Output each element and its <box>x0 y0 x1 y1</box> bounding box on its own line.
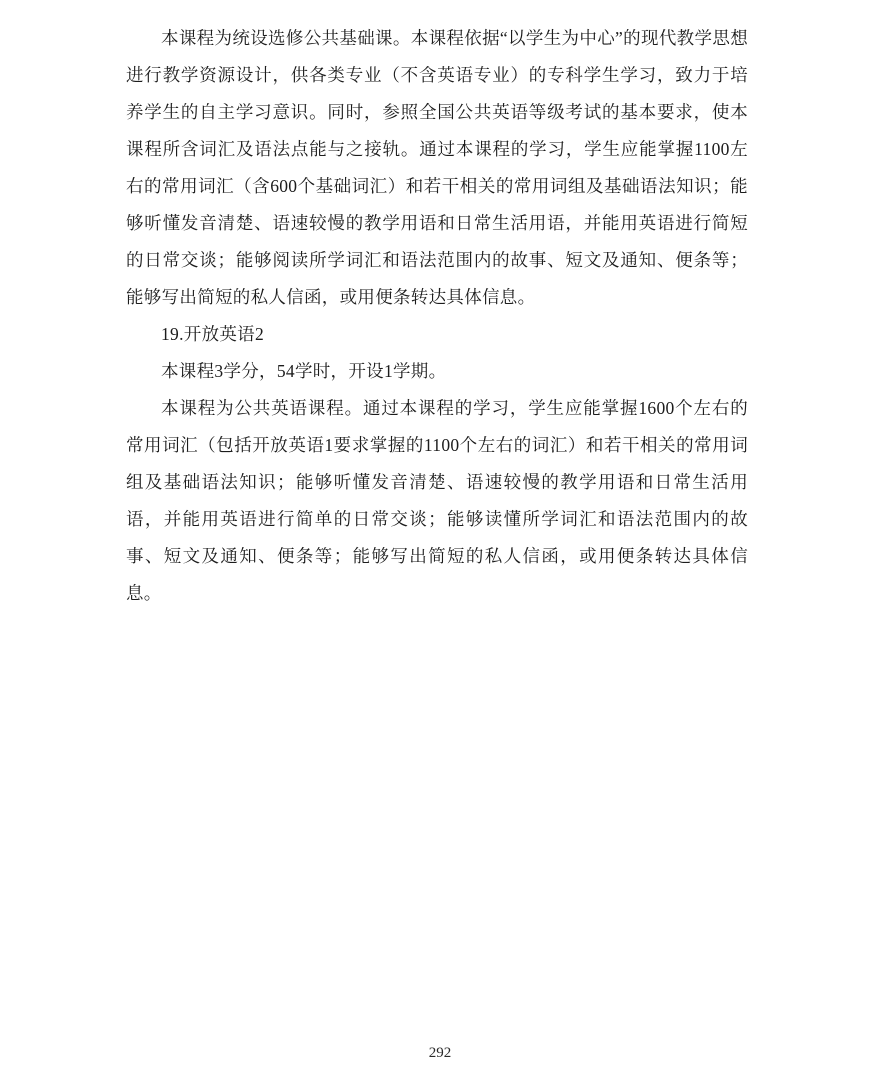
document-page: 本课程为统设选修公共基础课。本课程依据“以学生为中心”的现代教学思想进行教学资源… <box>0 0 880 1084</box>
paragraph-course-credits: 本课程3学分，54学时，开设1学期。 <box>126 353 748 390</box>
page-number: 292 <box>429 1045 452 1061</box>
heading-course-19-open-english-2: 19.开放英语2 <box>126 316 748 353</box>
page-footer: 292 <box>0 1044 880 1062</box>
paragraph-course-intro-open-english-1: 本课程为统设选修公共基础课。本课程依据“以学生为中心”的现代教学思想进行教学资源… <box>126 20 748 316</box>
paragraph-course-description-open-english-2: 本课程为公共英语课程。通过本课程的学习，学生应能掌握1600个左右的常用词汇（包… <box>126 390 748 612</box>
document-body: 本课程为统设选修公共基础课。本课程依据“以学生为中心”的现代教学思想进行教学资源… <box>126 20 748 612</box>
